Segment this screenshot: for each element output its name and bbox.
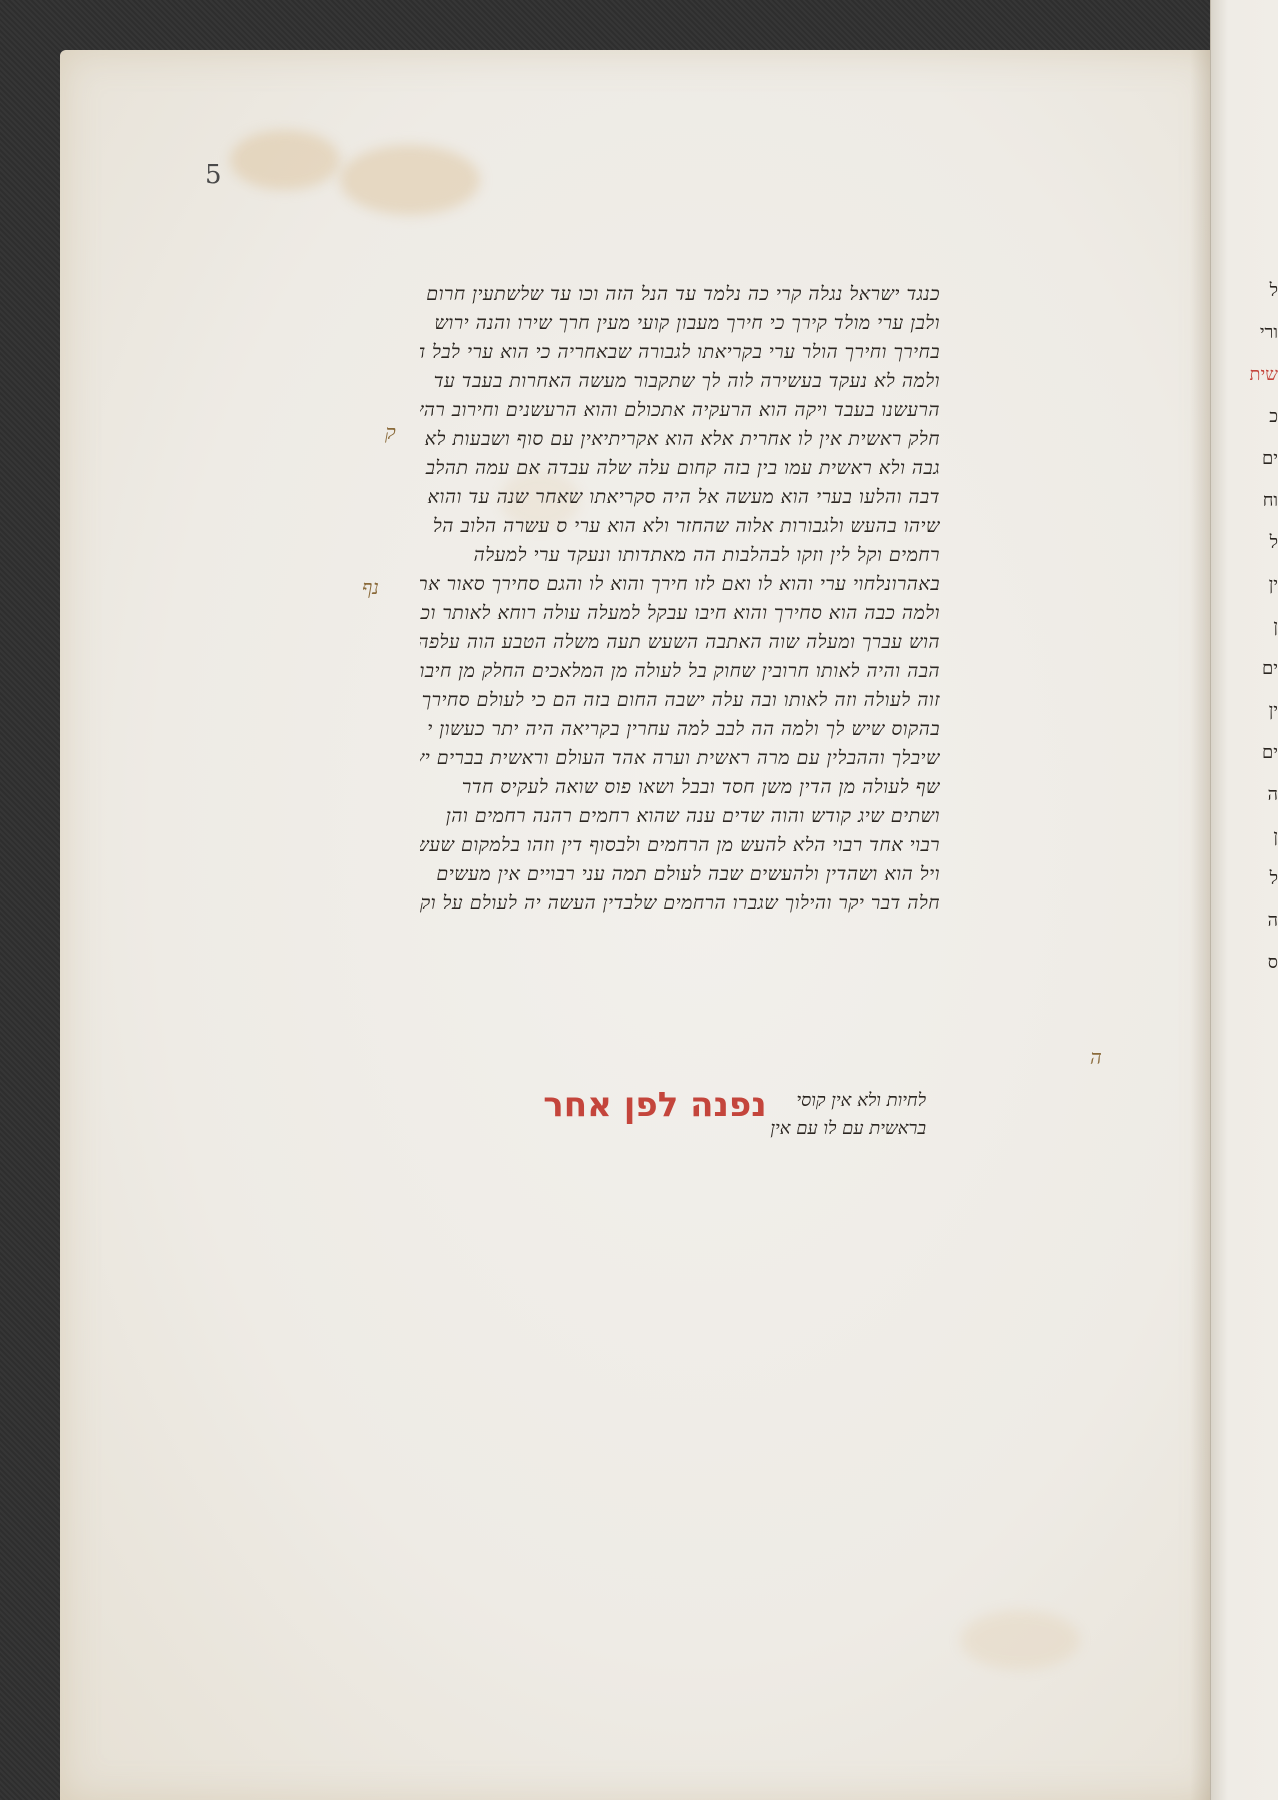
text-line: בחירך וחירך הולר ערי בקריאתו לגבורה שבאח…: [420, 338, 940, 367]
text-line: בהקוס שיש לך ולמה הה לבב למה עחרין בקריא…: [420, 715, 940, 744]
facing-page-text: ל ורי שית כ ים וח ל ין ן ים ין ים ה ן ל …: [1240, 270, 1278, 984]
text-line: באהרונלחוי ערי והוא לו ואם לזו חירך והוא…: [420, 570, 940, 599]
text-line: הבה והיה לאותו חרובין שחוק בל לעולה מן ה…: [420, 657, 940, 686]
facing-line: ס: [1240, 942, 1278, 984]
facing-line: ן: [1240, 606, 1278, 648]
tail-line: בראשית עם לו עם אין: [706, 1118, 926, 1139]
stain: [340, 145, 480, 215]
facing-line: ים: [1240, 648, 1278, 690]
text-line: הרעשנו בעבד ויקה הוא הרעקיה אתכולם והוא …: [420, 396, 940, 425]
facing-line: וח: [1240, 480, 1278, 522]
facing-line: ים: [1240, 732, 1278, 774]
facing-line: ל: [1240, 858, 1278, 900]
facing-line-red: שית: [1240, 354, 1278, 396]
margin-mark: ק: [385, 420, 396, 445]
text-line: גבה ולא ראשית עמו בין בזה קחום עלה שלה ע…: [420, 454, 940, 483]
facing-line: ה: [1240, 900, 1278, 942]
text-line: שיהו בהעש ולגבורות אלוה שהחזר ולא הוא ער…: [420, 512, 940, 541]
stain: [230, 130, 340, 190]
stain: [960, 1610, 1080, 1670]
text-line: ויל הוא ושהדין ולהעשים שבה לעולם תמה עני…: [420, 860, 940, 889]
margin-mark: ה: [1090, 1045, 1102, 1070]
facing-line: כ: [1240, 396, 1278, 438]
main-text-block: כנגד ישראל נגלה קרי כה נלמד עד הנל הזה ו…: [420, 280, 940, 918]
facing-line: ל: [1240, 270, 1278, 312]
text-line: שיבלך וההבלין עם מרה ראשית וערה אהד העול…: [420, 744, 940, 773]
text-line: ולמה כבה הוא סחירך והוא חיבו עבקל למעלה …: [420, 599, 940, 628]
folio-number: 5: [205, 160, 222, 190]
facing-line: ל: [1240, 522, 1278, 564]
facing-line: ים: [1240, 438, 1278, 480]
tail-line: לחיות ולא אין קוסי: [706, 1090, 926, 1111]
text-line: ולבן ערי מולד קירך כי חירך מעבון קועי מע…: [420, 309, 940, 338]
facing-line: ן: [1240, 816, 1278, 858]
facing-line: ורי: [1240, 312, 1278, 354]
facing-line: ין: [1240, 690, 1278, 732]
gutter-shadow: [1190, 50, 1210, 1800]
text-line: ולמה לא נעקד בעשירה לוה לך שתקבור מעשה ה…: [420, 367, 940, 396]
margin-mark: נף: [362, 575, 379, 600]
facing-line: ה: [1240, 774, 1278, 816]
text-line: כנגד ישראל נגלה קרי כה נלמד עד הנל הזה ו…: [420, 280, 940, 309]
text-line: ושתים שיג קודש והוה שדים ענה שהוא רחמים …: [420, 802, 940, 831]
text-line: חלק ראשית אין לו אחרית אלא הוא אקריתיאין…: [420, 425, 940, 454]
text-line: זוה לעולה וזה לאותו ובה עלה ישבה החום בז…: [420, 686, 940, 715]
text-line: רחמים וקל לין וזקו לבהלבות הה מאתדותו ונ…: [420, 541, 940, 570]
text-line: רבוי אחד רבוי הלא להעש מן הרחמים ולבסוף …: [420, 831, 940, 860]
text-line: דבה והלעו בערי הוא מעשה אל היה סקריאתו ש…: [420, 483, 940, 512]
facing-line: ין: [1240, 564, 1278, 606]
text-line: חלה דבר יקר והילוך שגברו הרחמים שלבדין ה…: [420, 889, 940, 918]
text-line: שף לעולה מן הדין משן חסד ובבל ושאו פוס ש…: [420, 773, 940, 802]
text-line: הוש עברך ומעלה שוה האתבה השעש תעה משלה ה…: [420, 628, 940, 657]
